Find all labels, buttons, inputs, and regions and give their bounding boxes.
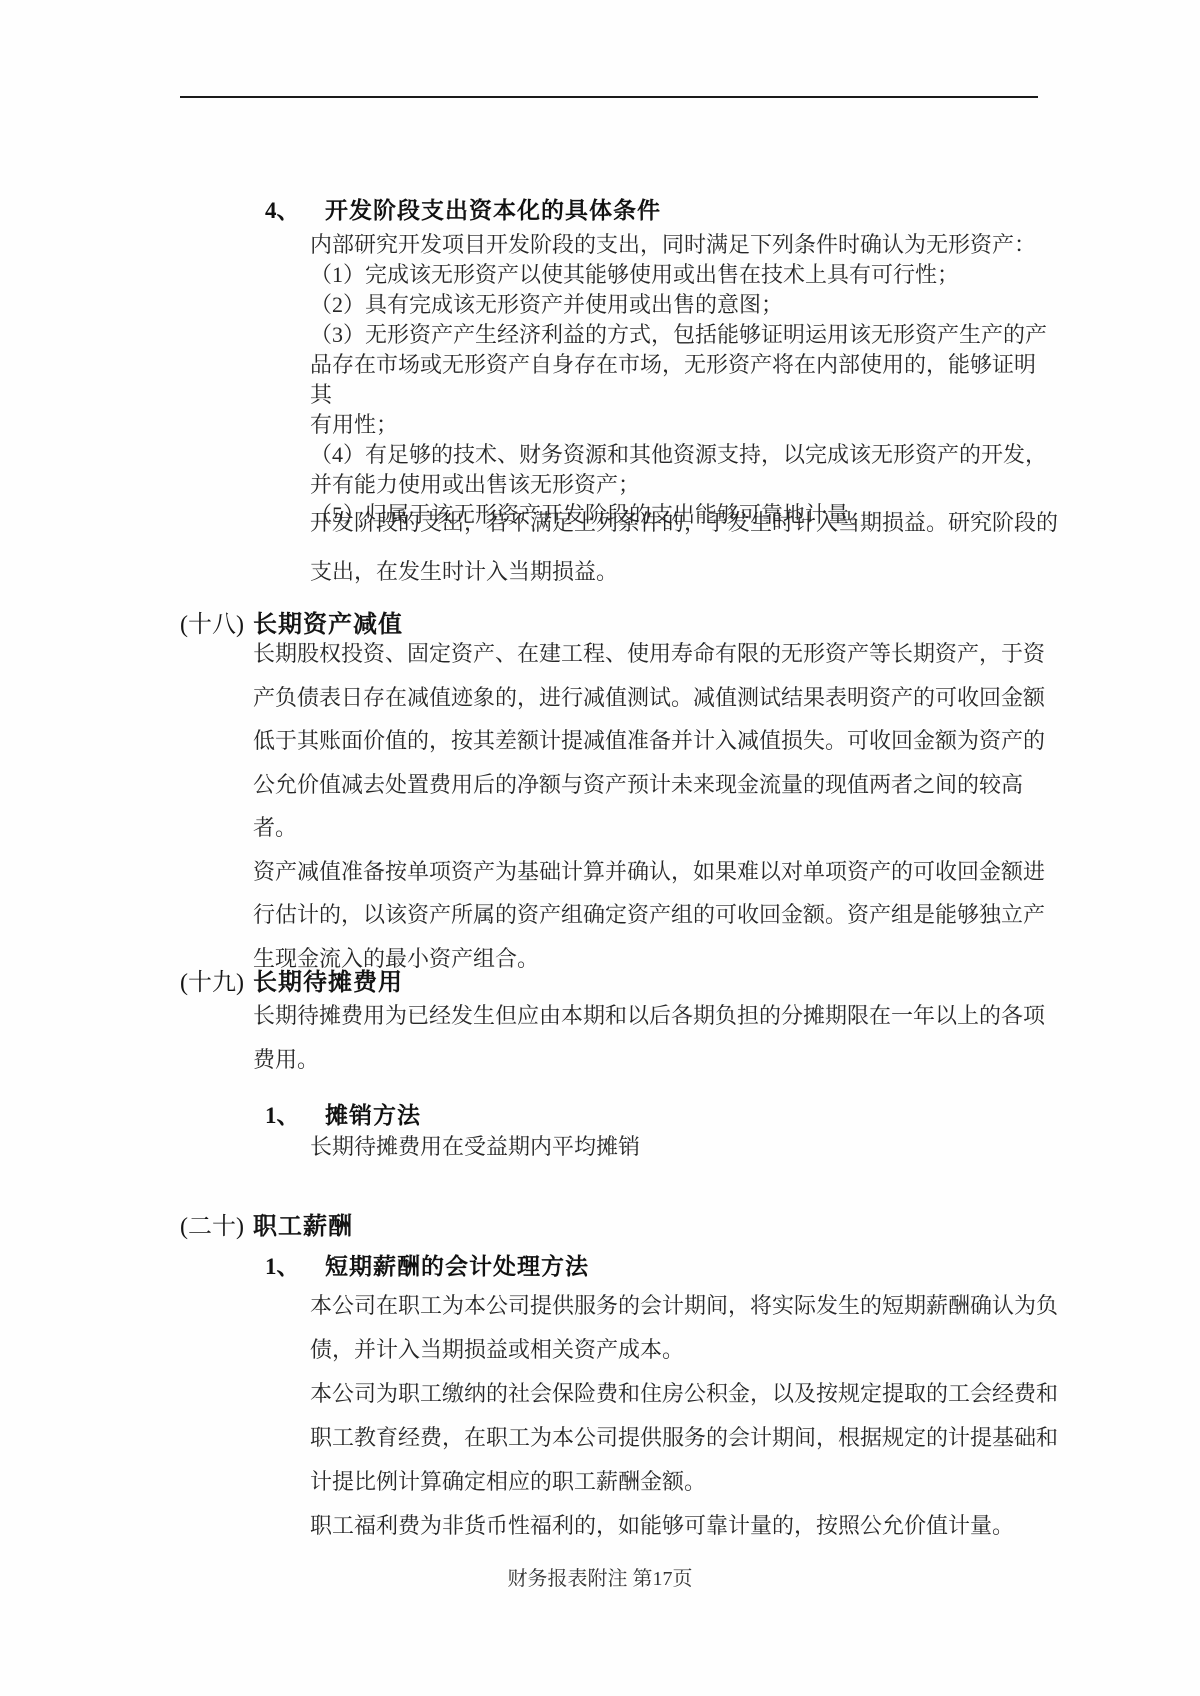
header-rule <box>180 96 1038 98</box>
heading-number: 4、 <box>265 192 325 225</box>
heading-title: 短期薪酬的会计处理方法 <box>325 1248 589 1281</box>
heading-number: 1、 <box>265 1248 325 1281</box>
section-20-heading: (二十) 职工薪酬 <box>180 1206 353 1241</box>
section-label: (十九) <box>180 962 253 997</box>
condition-item-3: （3）无形资产产生经济利益的方式，包括能够证明运用该无形资产生产的产 品存在市场… <box>310 320 1052 440</box>
paragraph: 本公司在职工为本公司提供服务的会计期间，将实际发生的短期薪酬确认为负 债，并计入… <box>310 1284 1072 1372</box>
condition-item-1: （1）完成该无形资产以使其能够使用或出售在技术上具有可行性； <box>310 260 1052 290</box>
section-20-body: 本公司在职工为本公司提供服务的会计期间，将实际发生的短期薪酬确认为负 债，并计入… <box>310 1284 1072 1548</box>
section-19-body: 长期待摊费用为已经发生但应由本期和以后各期负担的分摊期限在一年以上的各项 费用。 <box>253 994 1053 1082</box>
section-4-heading: 4、 开发阶段支出资本化的具体条件 <box>265 192 661 225</box>
section-4-condition-list: 内部研究开发项目开发阶段的支出，同时满足下列条件时确认为无形资产： （1）完成该… <box>310 230 1052 530</box>
section-4-closing-paragraph: 开发阶段的支出，若不满足上列条件的，于发生时计入当期损益。研究阶段的 支出，在发… <box>310 498 1066 596</box>
heading-title: 开发阶段支出资本化的具体条件 <box>325 192 661 225</box>
heading-title: 摊销方法 <box>325 1097 421 1130</box>
document-page: 4、 开发阶段支出资本化的具体条件 内部研究开发项目开发阶段的支出，同时满足下列… <box>0 0 1200 1696</box>
section-label: (二十) <box>180 1206 253 1241</box>
heading-number: 1、 <box>265 1097 325 1130</box>
paragraph: 职工福利费为非货币性福利的，如能够可靠计量的，按照公允价值计量。 <box>310 1504 1072 1548</box>
page-footer: 财务报表附注 第17页 <box>0 1562 1200 1591</box>
section-label: (十八) <box>180 604 253 639</box>
section-title: 职工薪酬 <box>253 1206 353 1241</box>
section-19-heading: (十九) 长期待摊费用 <box>180 962 403 997</box>
section-18-body: 长期股权投资、固定资产、在建工程、使用寿命有限的无形资产等长期资产，于资 产负债… <box>253 632 1053 980</box>
condition-item-4: （4）有足够的技术、财务资源和其他资源支持，以完成该无形资产的开发， 并有能力使… <box>310 440 1052 500</box>
section-20-sub-heading: 1、 短期薪酬的会计处理方法 <box>265 1248 589 1281</box>
section-19-sub-body: 长期待摊费用在受益期内平均摊销 <box>310 1132 640 1162</box>
paragraph-intro: 内部研究开发项目开发阶段的支出，同时满足下列条件时确认为无形资产： <box>310 230 1052 260</box>
section-19-sub-heading: 1、 摊销方法 <box>265 1097 421 1130</box>
condition-item-2: （2）具有完成该无形资产并使用或出售的意图； <box>310 290 1052 320</box>
paragraph: 本公司为职工缴纳的社会保险费和住房公积金，以及按规定提取的工会经费和 职工教育经… <box>310 1372 1072 1504</box>
section-title: 长期待摊费用 <box>253 962 403 997</box>
